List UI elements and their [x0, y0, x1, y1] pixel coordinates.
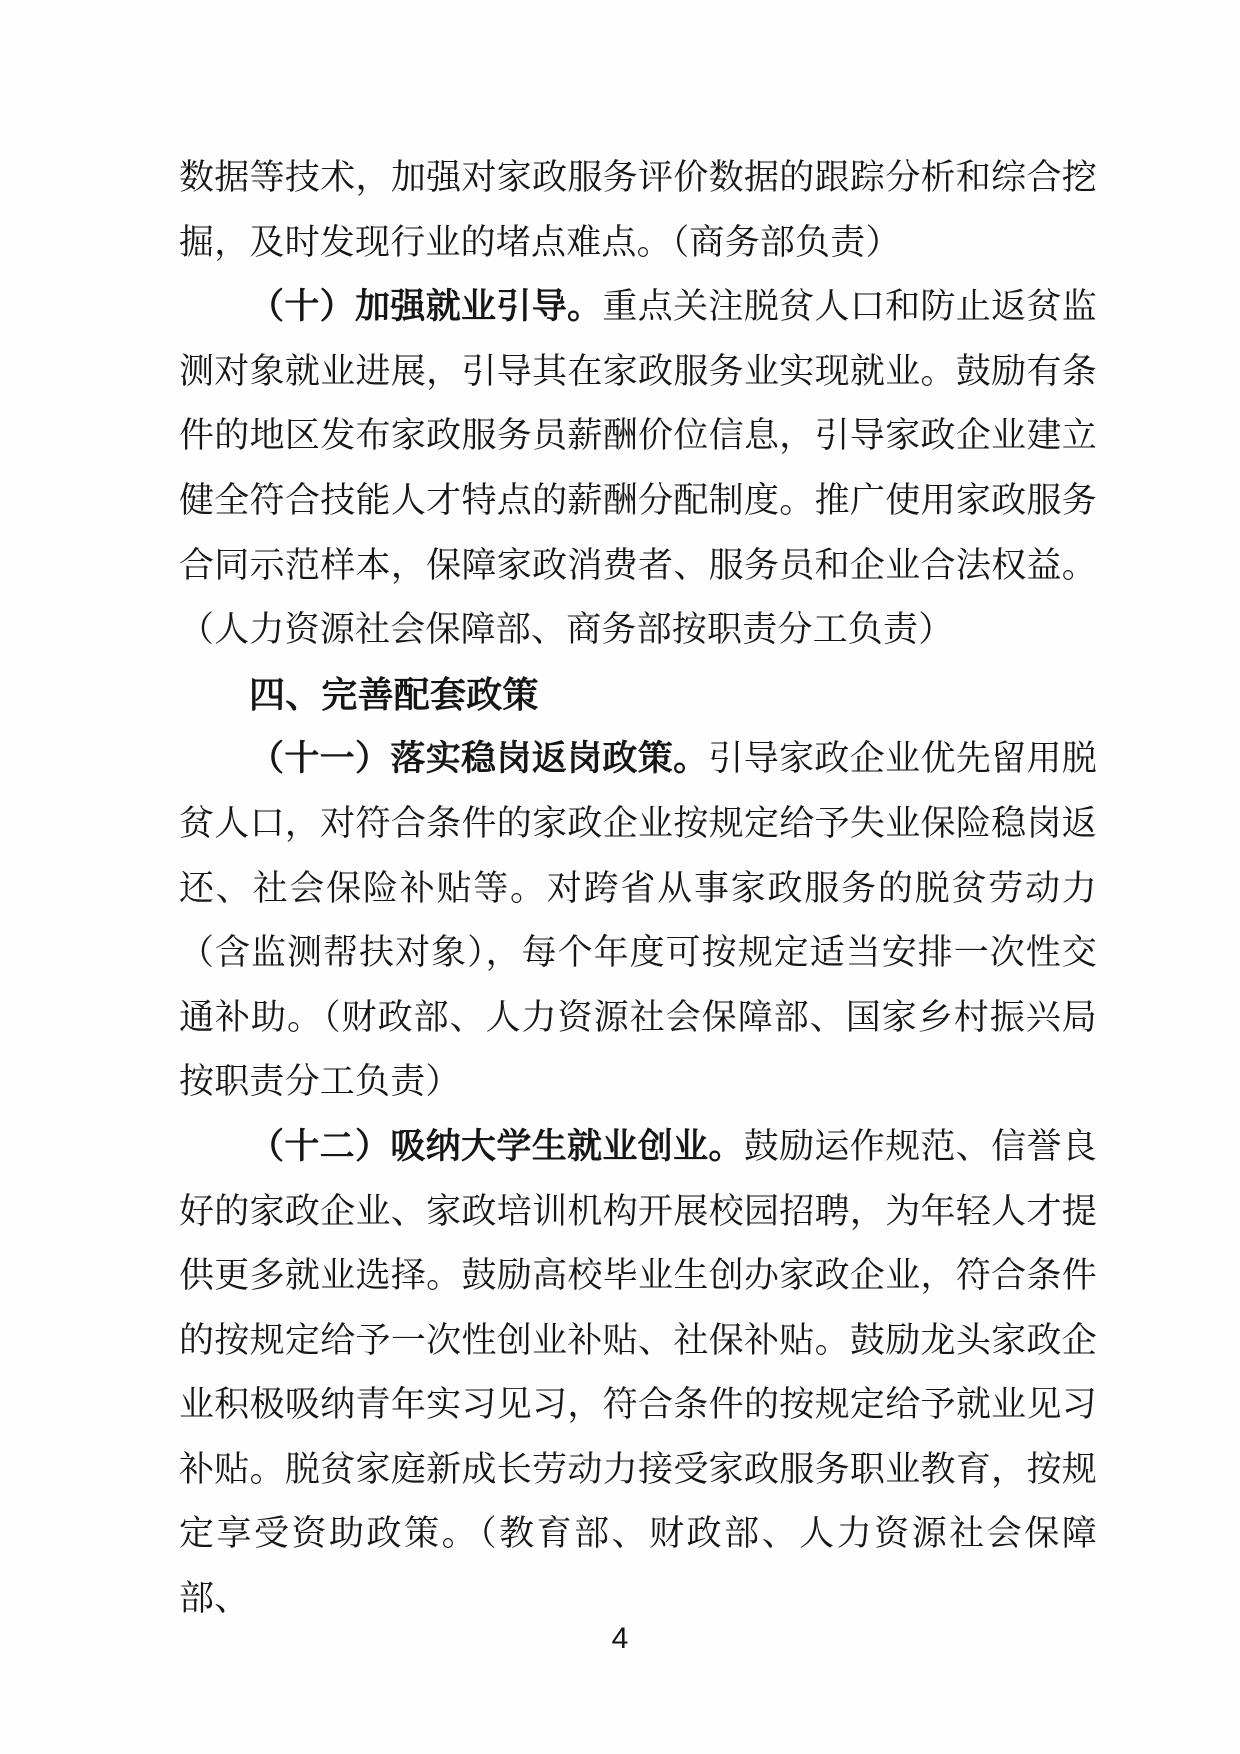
paragraph: （十）加强就业引导。重点关注脱贫人口和防止返贫监测对象就业进展，引导其在家政服务… — [179, 275, 1097, 663]
document-body: 数据等技术，加强对家政服务评价数据的跟踪分析和综合挖掘，及时发现行业的堵点难点。… — [179, 146, 1097, 1632]
paragraph-body-text: 数据等技术，加强对家政服务评价数据的跟踪分析和综合挖掘，及时发现行业的堵点难点。… — [179, 158, 1097, 262]
section-heading: 四、完善配套政策 — [179, 663, 1097, 728]
paragraph-lead-text: （十）加强就业引导。 — [249, 287, 602, 326]
page-footer: 4 — [0, 1621, 1240, 1657]
paragraph-body-text: 重点关注脱贫人口和防止返贫监测对象就业进展，引导其在家政服务业实现就业。鼓励有条… — [179, 287, 1097, 649]
paragraph-body-text: 鼓励运作规范、信誉良好的家政企业、家政培训机构开展校园招聘，为年轻人才提供更多就… — [179, 1127, 1097, 1618]
paragraph-body-text: 引导家政企业优先留用脱贫人口，对符合条件的家政企业按规定给予失业保险稳岗返还、社… — [179, 739, 1097, 1101]
paragraph: （十二）吸纳大学生就业创业。鼓励运作规范、信誉良好的家政企业、家政培训机构开展校… — [179, 1115, 1097, 1632]
document-page: 数据等技术，加强对家政服务评价数据的跟踪分析和综合挖掘，及时发现行业的堵点难点。… — [0, 0, 1240, 1754]
paragraph-lead-text: （十二）吸纳大学生就业创业。 — [249, 1127, 744, 1166]
paragraph: （十一）落实稳岗返岗政策。引导家政企业优先留用脱贫人口，对符合条件的家政企业按规… — [179, 727, 1097, 1115]
paragraph-lead-text: （十一）落实稳岗返岗政策。 — [249, 739, 708, 778]
paragraph: 数据等技术，加强对家政服务评价数据的跟踪分析和综合挖掘，及时发现行业的堵点难点。… — [179, 146, 1097, 275]
paragraph-lead-text: 四、完善配套政策 — [249, 674, 539, 715]
page-number: 4 — [612, 1622, 629, 1655]
